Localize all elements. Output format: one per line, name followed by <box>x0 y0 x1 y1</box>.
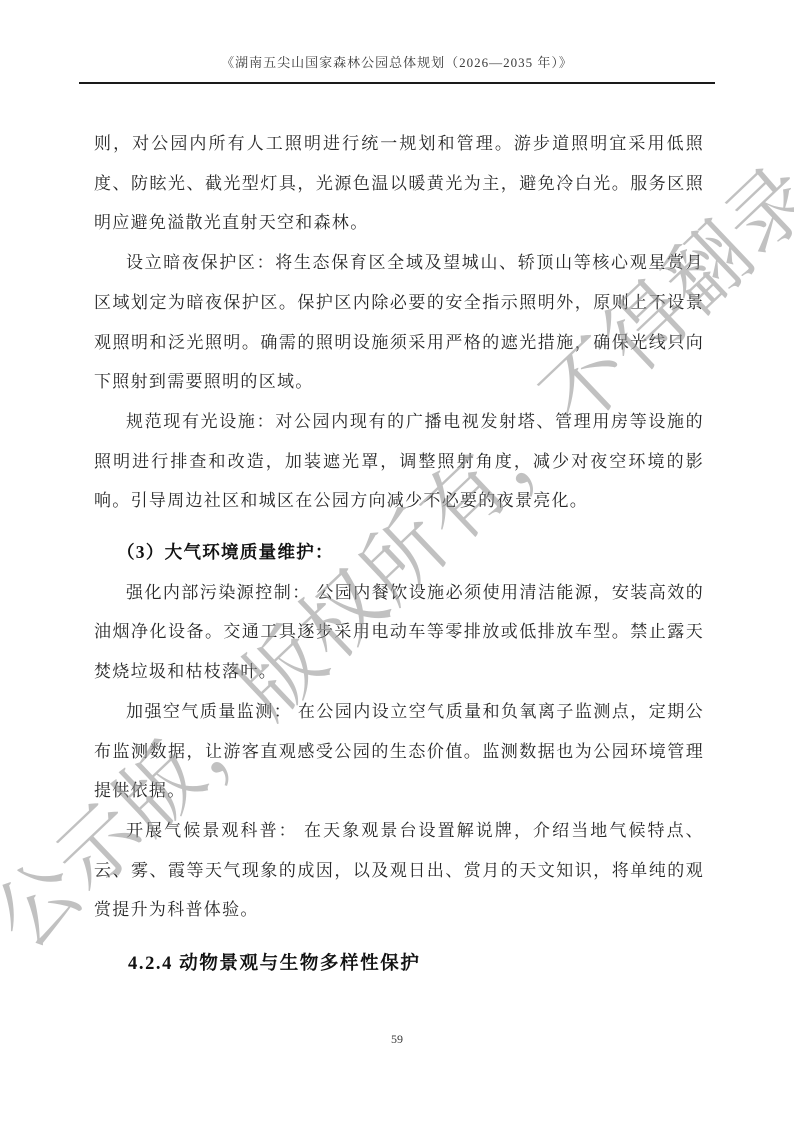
body-paragraph: 加强空气质量监测： 在公园内设立空气质量和负氧离子监测点，定期公布监测数据，让游… <box>94 692 704 811</box>
page-header: 《湖南五尖山国家森林公园总体规划（2026—2035 年）》 <box>0 0 794 84</box>
page-footer: 59 <box>0 1032 794 1047</box>
body-paragraph: 强化内部污染源控制： 公园内餐饮设施必须使用清洁能源，安装高效的油烟净化设备。交… <box>94 573 704 692</box>
section-heading: 4.2.4 动物景观与生物多样性保护 <box>94 944 704 984</box>
page-number: 59 <box>391 1032 403 1046</box>
body-paragraph: 规范现有光设施：对公园内现有的广播电视发射塔、管理用房等设施的照明进行排查和改造… <box>94 402 704 521</box>
document-body: 则，对公园内所有人工照明进行统一规划和管理。游步道照明宜采用低照度、防眩光、截光… <box>94 84 704 984</box>
body-paragraph: 则，对公园内所有人工照明进行统一规划和管理。游步道照明宜采用低照度、防眩光、截光… <box>94 124 704 243</box>
subsection-heading: （3）大气环境质量维护： <box>94 533 704 573</box>
body-paragraph: 开展气候景观科普： 在天象观景台设置解说牌，介绍当地气候特点、云、雾、霞等天气现… <box>94 811 704 930</box>
document-title: 《湖南五尖山国家森林公园总体规划（2026—2035 年）》 <box>0 55 794 71</box>
document-page: 《湖南五尖山国家森林公园总体规划（2026—2035 年）》 则，对公园内所有人… <box>0 0 794 1122</box>
body-paragraph: 设立暗夜保护区：将生态保育区全域及望城山、轿顶山等核心观星赏月区域划定为暗夜保护… <box>94 243 704 402</box>
